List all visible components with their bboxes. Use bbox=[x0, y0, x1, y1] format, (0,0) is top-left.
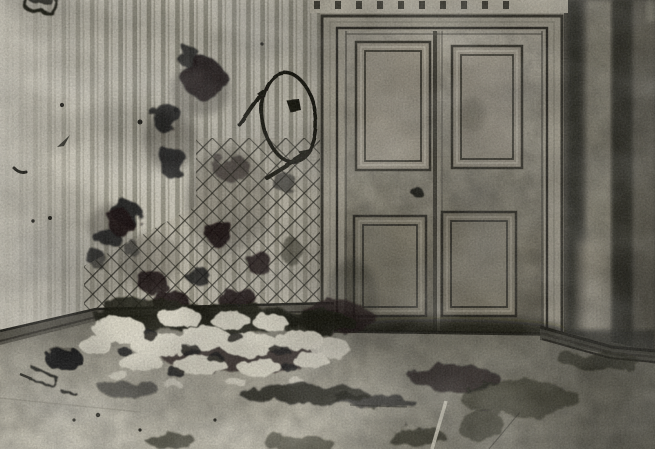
photo-grain-overlay bbox=[0, 0, 655, 449]
photo-svg bbox=[0, 0, 655, 449]
photograph bbox=[0, 0, 655, 449]
